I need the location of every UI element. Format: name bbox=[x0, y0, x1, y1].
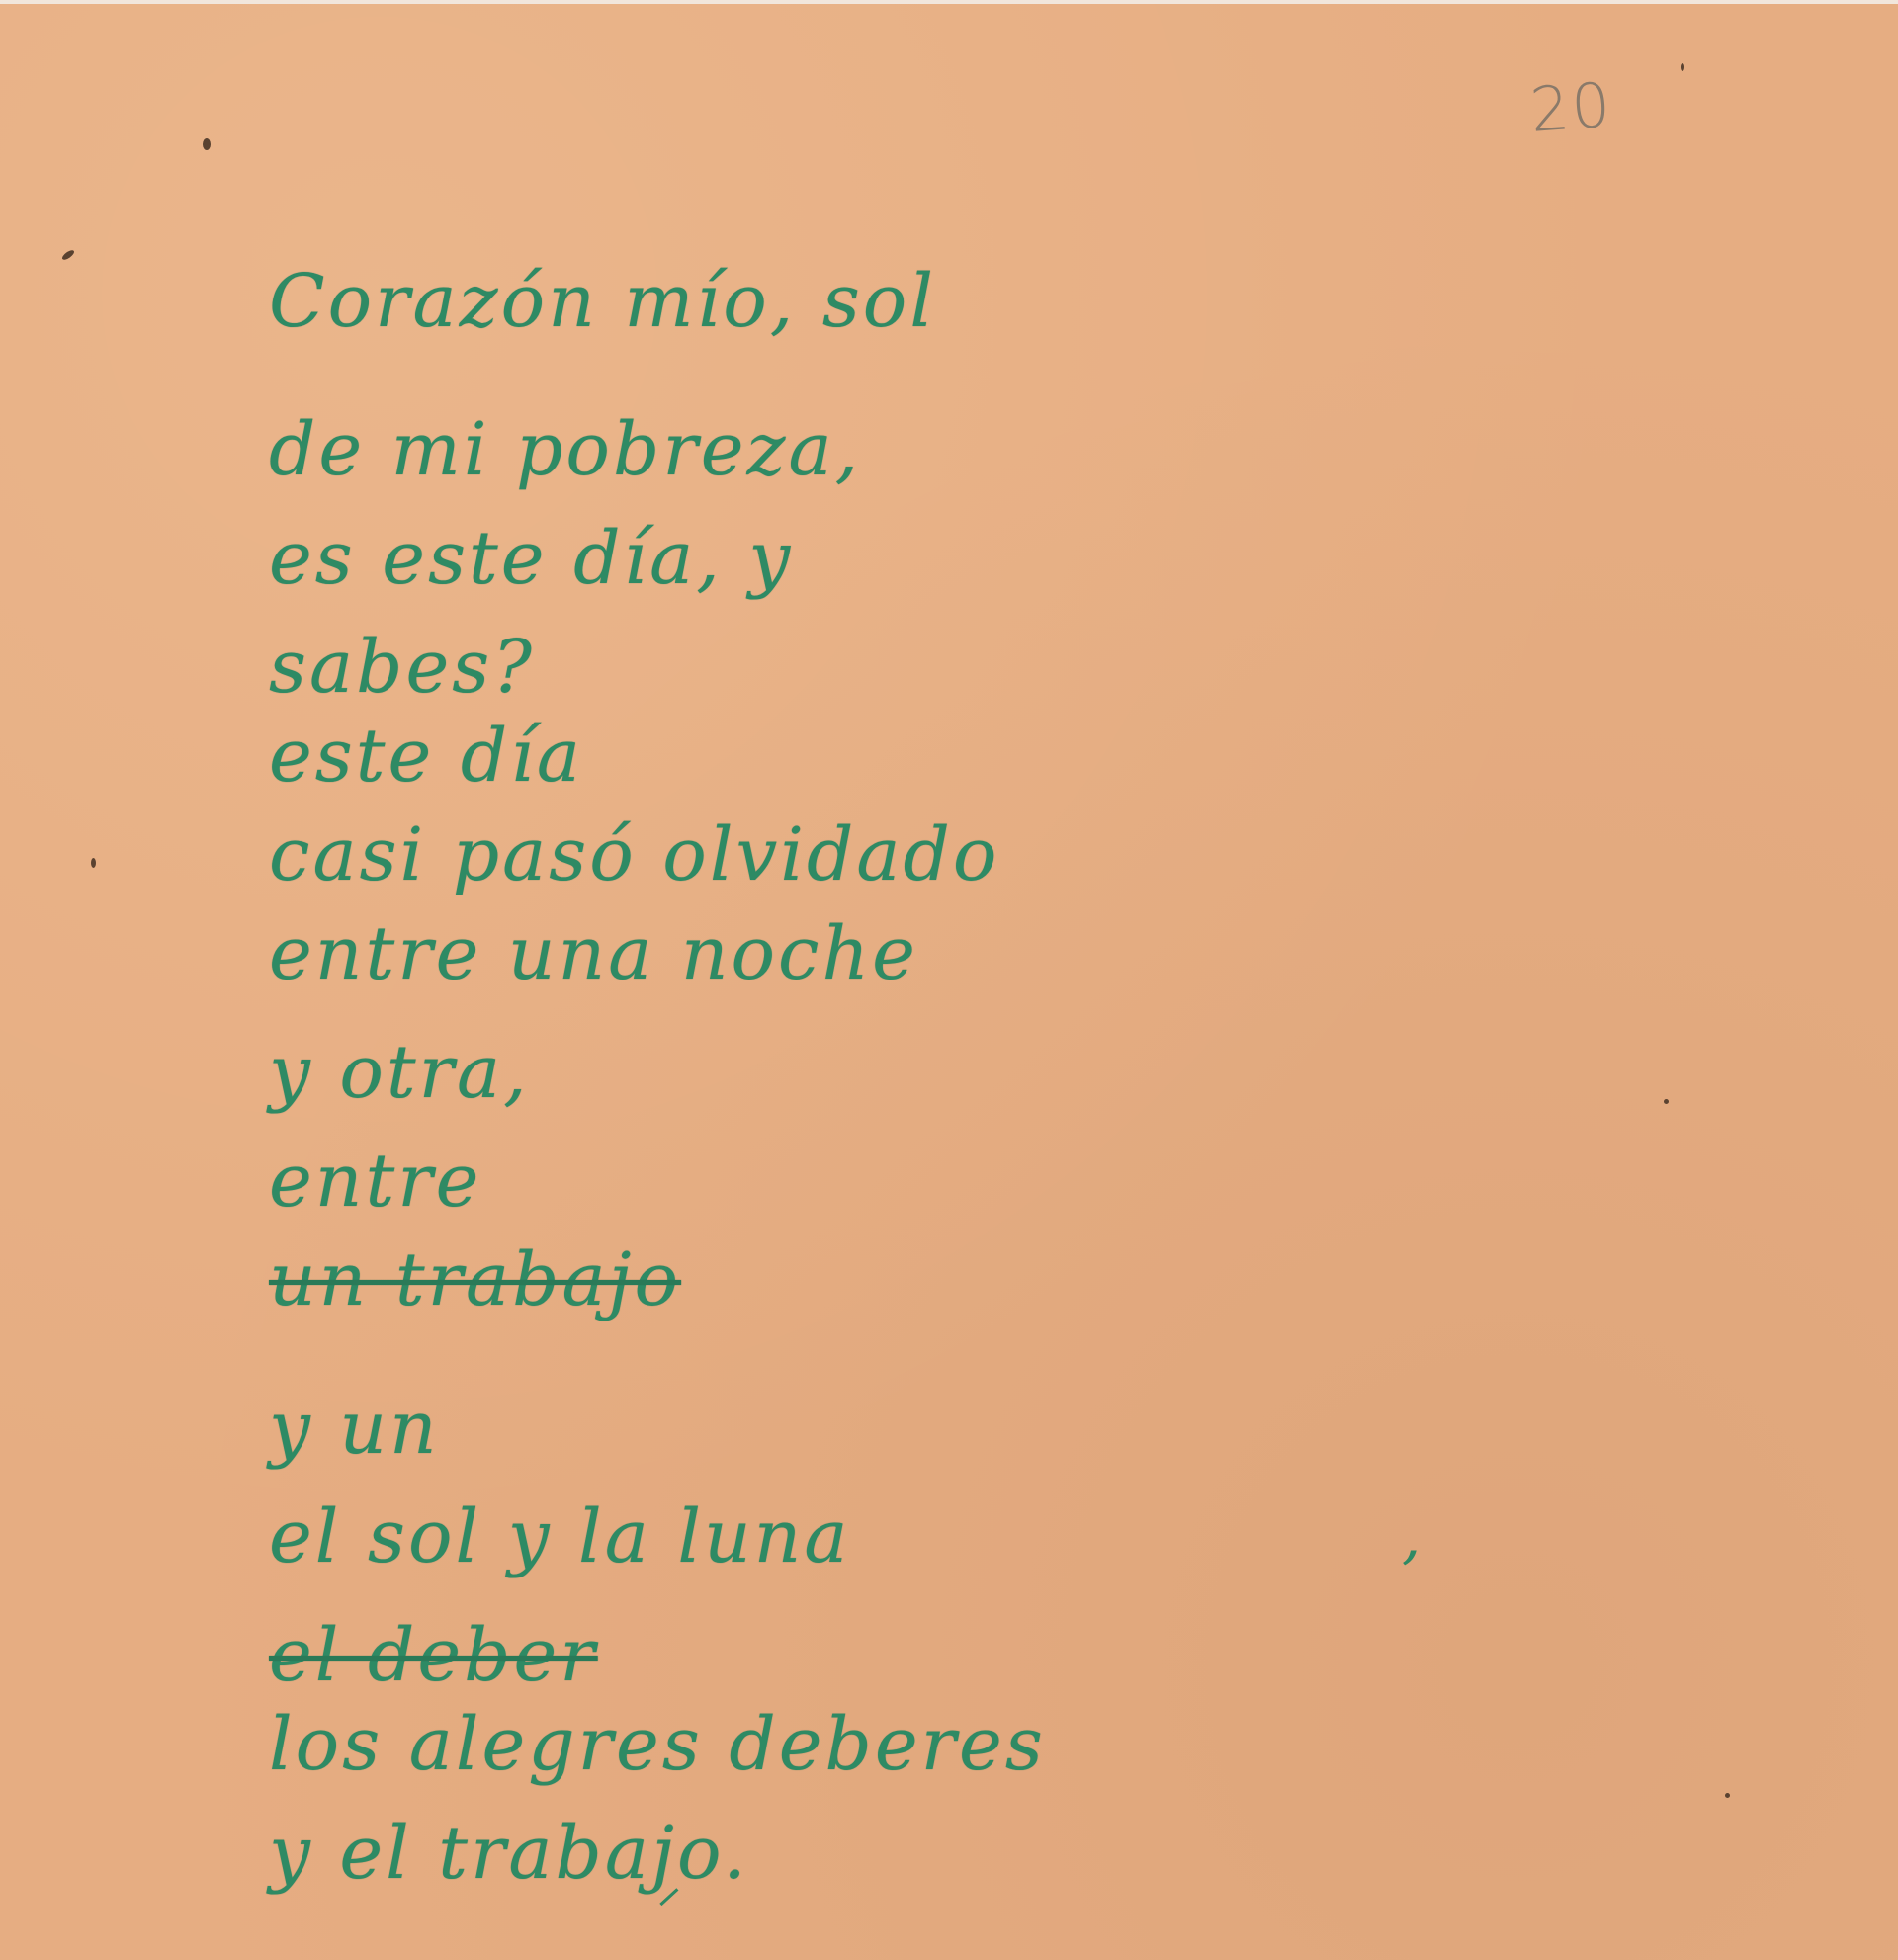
stray-comma-mark: , bbox=[1402, 1502, 1421, 1572]
poem-line-8: y otra, bbox=[269, 1030, 530, 1115]
paper-speck bbox=[91, 858, 96, 868]
stray-tick-mark: ᐟ bbox=[652, 1878, 673, 1935]
poem-line-10-struck: un trabajo bbox=[269, 1237, 681, 1322]
poem-line-7: entre una noche bbox=[269, 911, 918, 996]
poem-line-5: este día bbox=[269, 714, 583, 799]
paper-speck bbox=[1664, 1099, 1669, 1104]
paper-speck bbox=[203, 138, 211, 150]
poem-line-6: casi pasó olvidado bbox=[269, 812, 999, 897]
paper-speck bbox=[1725, 1793, 1730, 1798]
page-top-edge bbox=[0, 0, 1898, 4]
poem-line-2: de mi pobreza, bbox=[269, 407, 861, 492]
poem-line-4: sabes? bbox=[269, 625, 535, 710]
poem-line-9: entre bbox=[269, 1139, 481, 1224]
poem-line-13-struck: el deber bbox=[269, 1613, 598, 1698]
poem-line-14: los alegres deberes bbox=[269, 1702, 1046, 1787]
poem-line-12: el sol y la luna bbox=[269, 1494, 850, 1579]
poem-line-3: es este día, y bbox=[269, 516, 793, 601]
poem-line-1: Corazón mío, sol bbox=[269, 259, 936, 344]
paper-speck bbox=[1681, 63, 1684, 71]
poem-line-11: y un bbox=[269, 1386, 440, 1471]
page-number: 20 bbox=[1528, 68, 1615, 146]
poem-line-15: y el trabajo. bbox=[269, 1811, 749, 1896]
